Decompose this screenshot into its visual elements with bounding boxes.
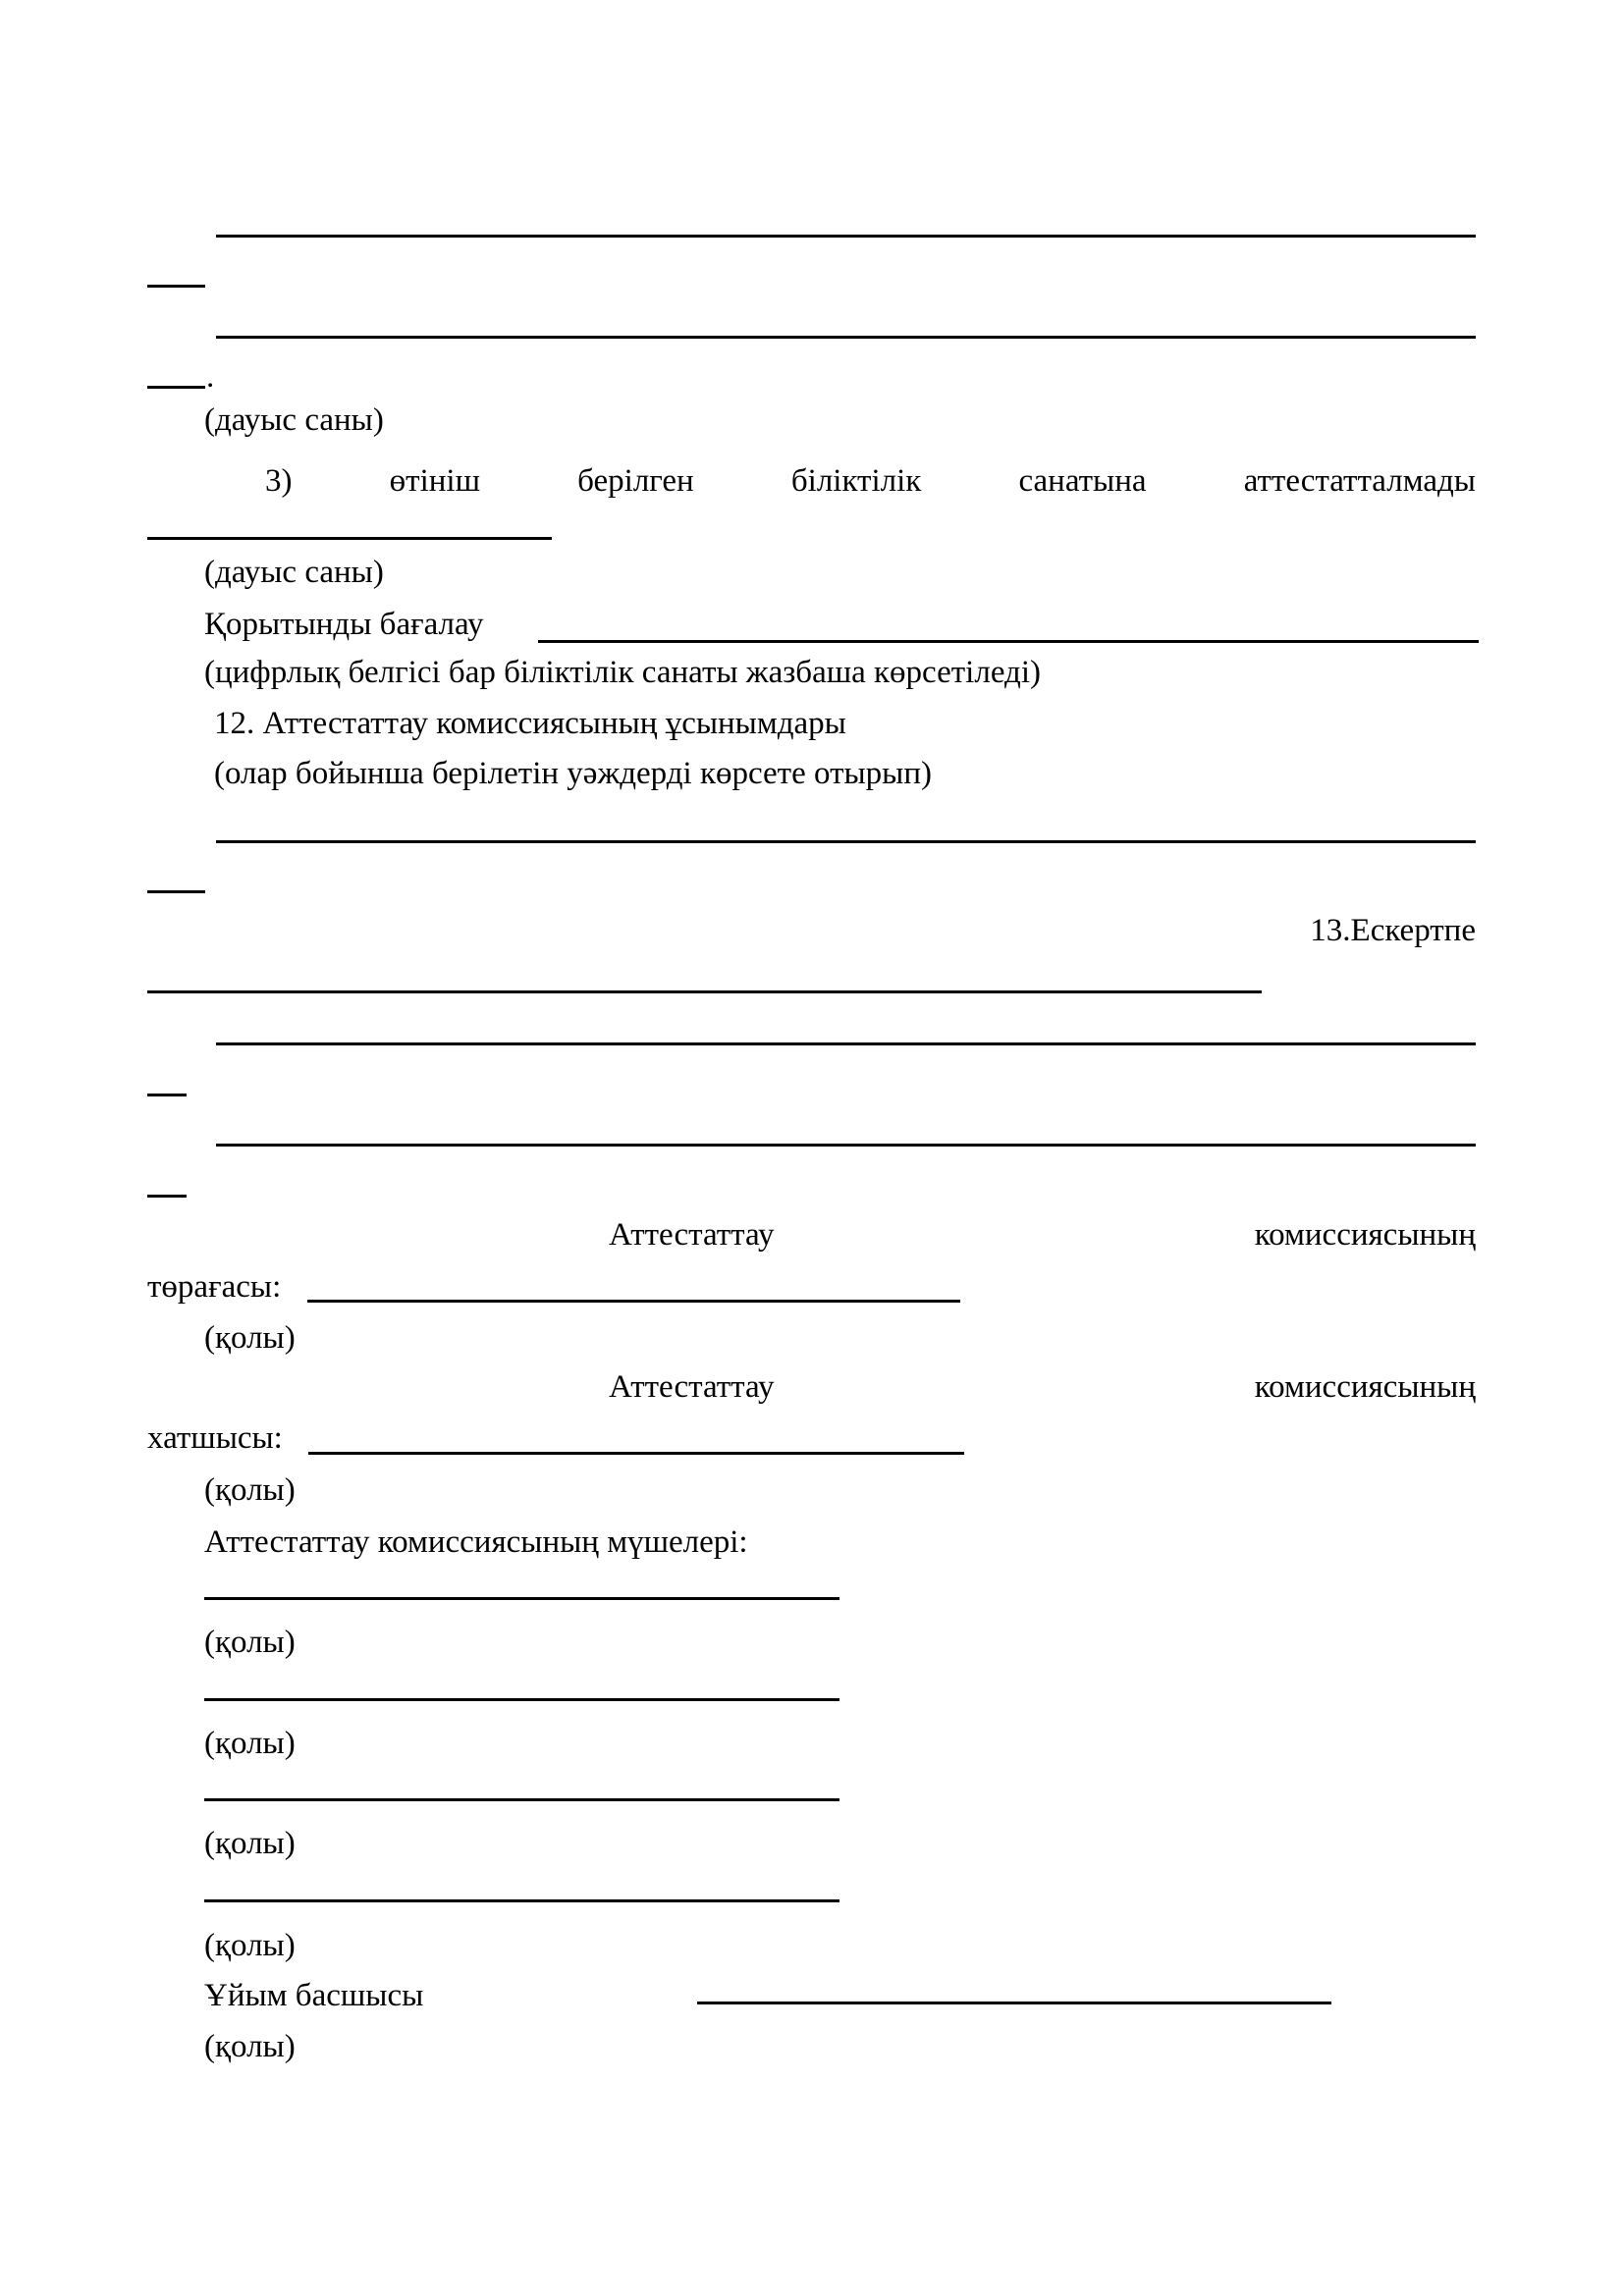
final-assessment-label: Қорытынды бағалау (204, 609, 484, 641)
final-assessment-blank[interactable] (538, 640, 1479, 643)
blank-line-continuation (147, 1195, 187, 1198)
section-12-note: (олар бойынша берілетін уәждерді көрсете… (214, 758, 932, 790)
blank-line-continuation (147, 890, 205, 893)
signature-caption: (қолы) (204, 1930, 296, 1962)
signature-caption: (қолы) (204, 1627, 296, 1659)
blank-line-continuation (147, 285, 205, 288)
secretary-label-word: Аттестаттау (609, 1371, 774, 1404)
signature-caption: (қолы) (204, 1322, 296, 1355)
section-12-title: 12. Аттестаттау комиссиясының ұсынымдары (214, 708, 846, 740)
note-blank[interactable] (147, 990, 1262, 993)
signature-caption: (қолы) (204, 1474, 296, 1507)
signature-caption: (қолы) (204, 1728, 296, 1760)
member-signature-line[interactable] (204, 1798, 839, 1801)
item-3-word: берілген (577, 465, 694, 498)
chair-signature-line[interactable] (307, 1300, 960, 1303)
blank-line-continuation (147, 386, 205, 389)
vote-count-blank[interactable] (147, 537, 552, 540)
blank-line-continuation (147, 1094, 187, 1096)
section-13-title: 13.Ескертпе (1310, 915, 1476, 947)
note-blank[interactable] (216, 1144, 1476, 1147)
note-blank[interactable] (216, 1042, 1476, 1045)
chair-label-word: комиссиясының (1255, 1219, 1476, 1252)
members-label: Аттестаттау комиссиясының мүшелері: (204, 1526, 748, 1559)
member-signature-line[interactable] (204, 1597, 839, 1600)
head-label: Ұйым басшысы (204, 1980, 423, 2012)
signature-caption: (қолы) (204, 2031, 296, 2063)
period: . (206, 361, 214, 394)
secretary-role: хатшысы: (147, 1422, 283, 1455)
item-3-not-certified: 3) өтініш берілген біліктілік санатына а… (265, 465, 1476, 498)
final-assessment-note: (цифрлық белгісі бар біліктілік санаты ж… (204, 657, 1041, 689)
recommendations-blank[interactable] (216, 840, 1476, 843)
member-signature-line[interactable] (204, 1698, 839, 1701)
item-3-word: аттестатталмады (1244, 465, 1476, 498)
secretary-signature-line[interactable] (308, 1452, 964, 1455)
chair-label-word: Аттестаттау (609, 1219, 774, 1252)
secretary-label-word: комиссиясының (1255, 1371, 1476, 1404)
item-3-word: санатына (1018, 465, 1146, 498)
vote-count-label: (дауыс саны) (204, 404, 384, 437)
item-3-word: өтініш (390, 465, 480, 498)
blank-line[interactable] (216, 336, 1476, 339)
chair-role: төрағасы: (147, 1271, 281, 1304)
blank-line[interactable] (216, 235, 1476, 238)
member-signature-line[interactable] (204, 1899, 839, 1902)
signature-caption: (қолы) (204, 1828, 296, 1860)
head-signature-line[interactable] (697, 2002, 1331, 2004)
item-3-word: 3) (265, 465, 293, 498)
vote-count-label: (дауыс саны) (204, 557, 384, 589)
item-3-word: біліктілік (791, 465, 921, 498)
